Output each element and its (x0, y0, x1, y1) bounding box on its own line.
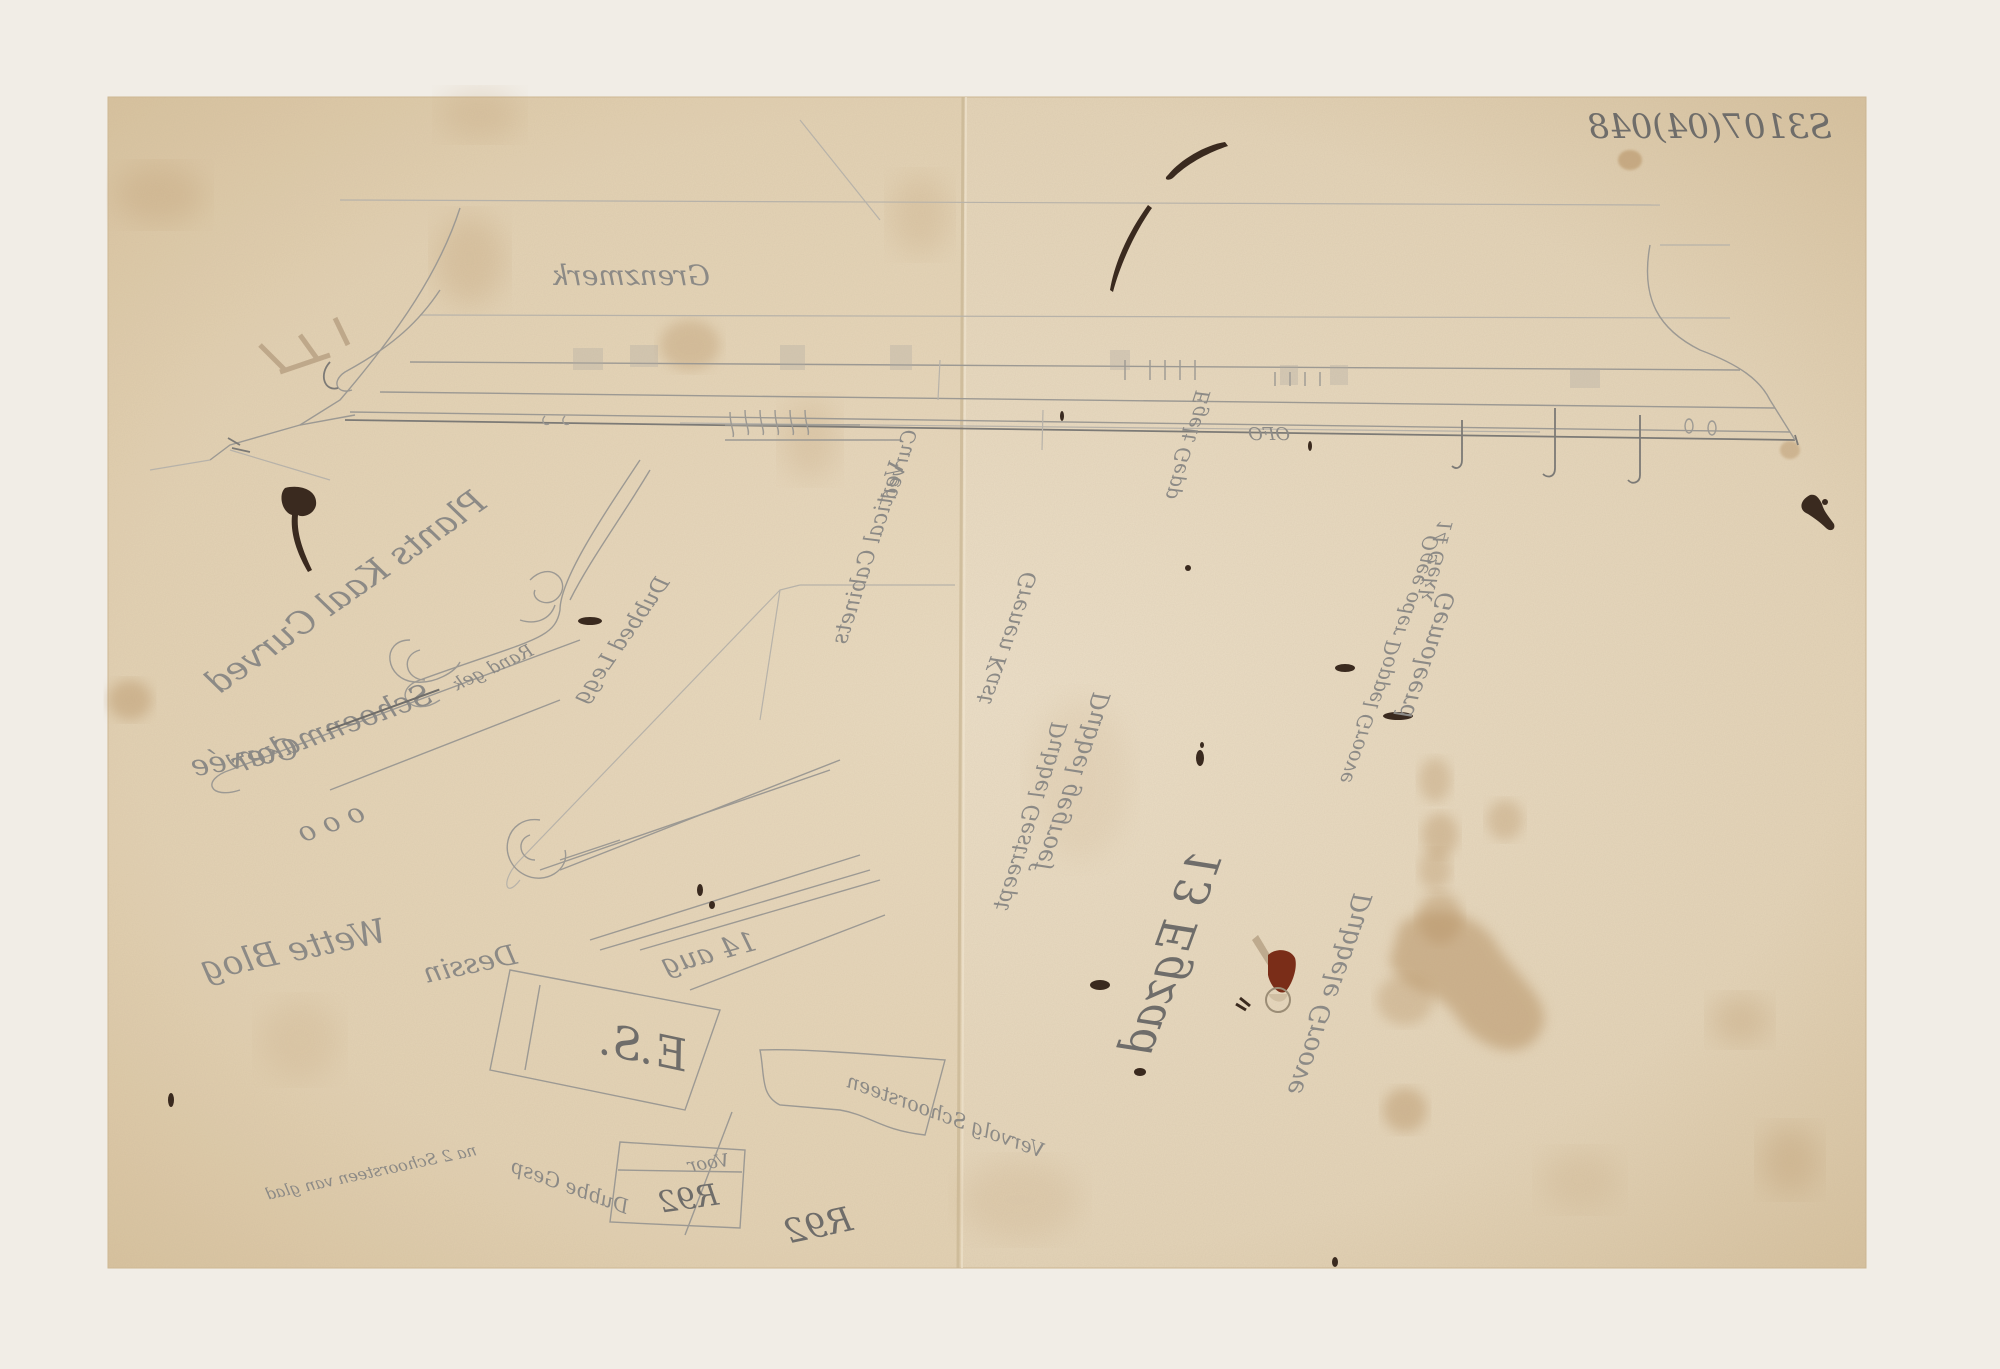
inventory-number: S3107(04)048 (1587, 107, 1832, 147)
photo-stage: OFO (0, 0, 2000, 1369)
sketch-mark-ofo: OFO (1248, 424, 1290, 445)
annotation-top-center: Grenzmerk (551, 259, 710, 292)
svg-text:S3107(04)048: S3107(04)048 (1587, 107, 1832, 147)
